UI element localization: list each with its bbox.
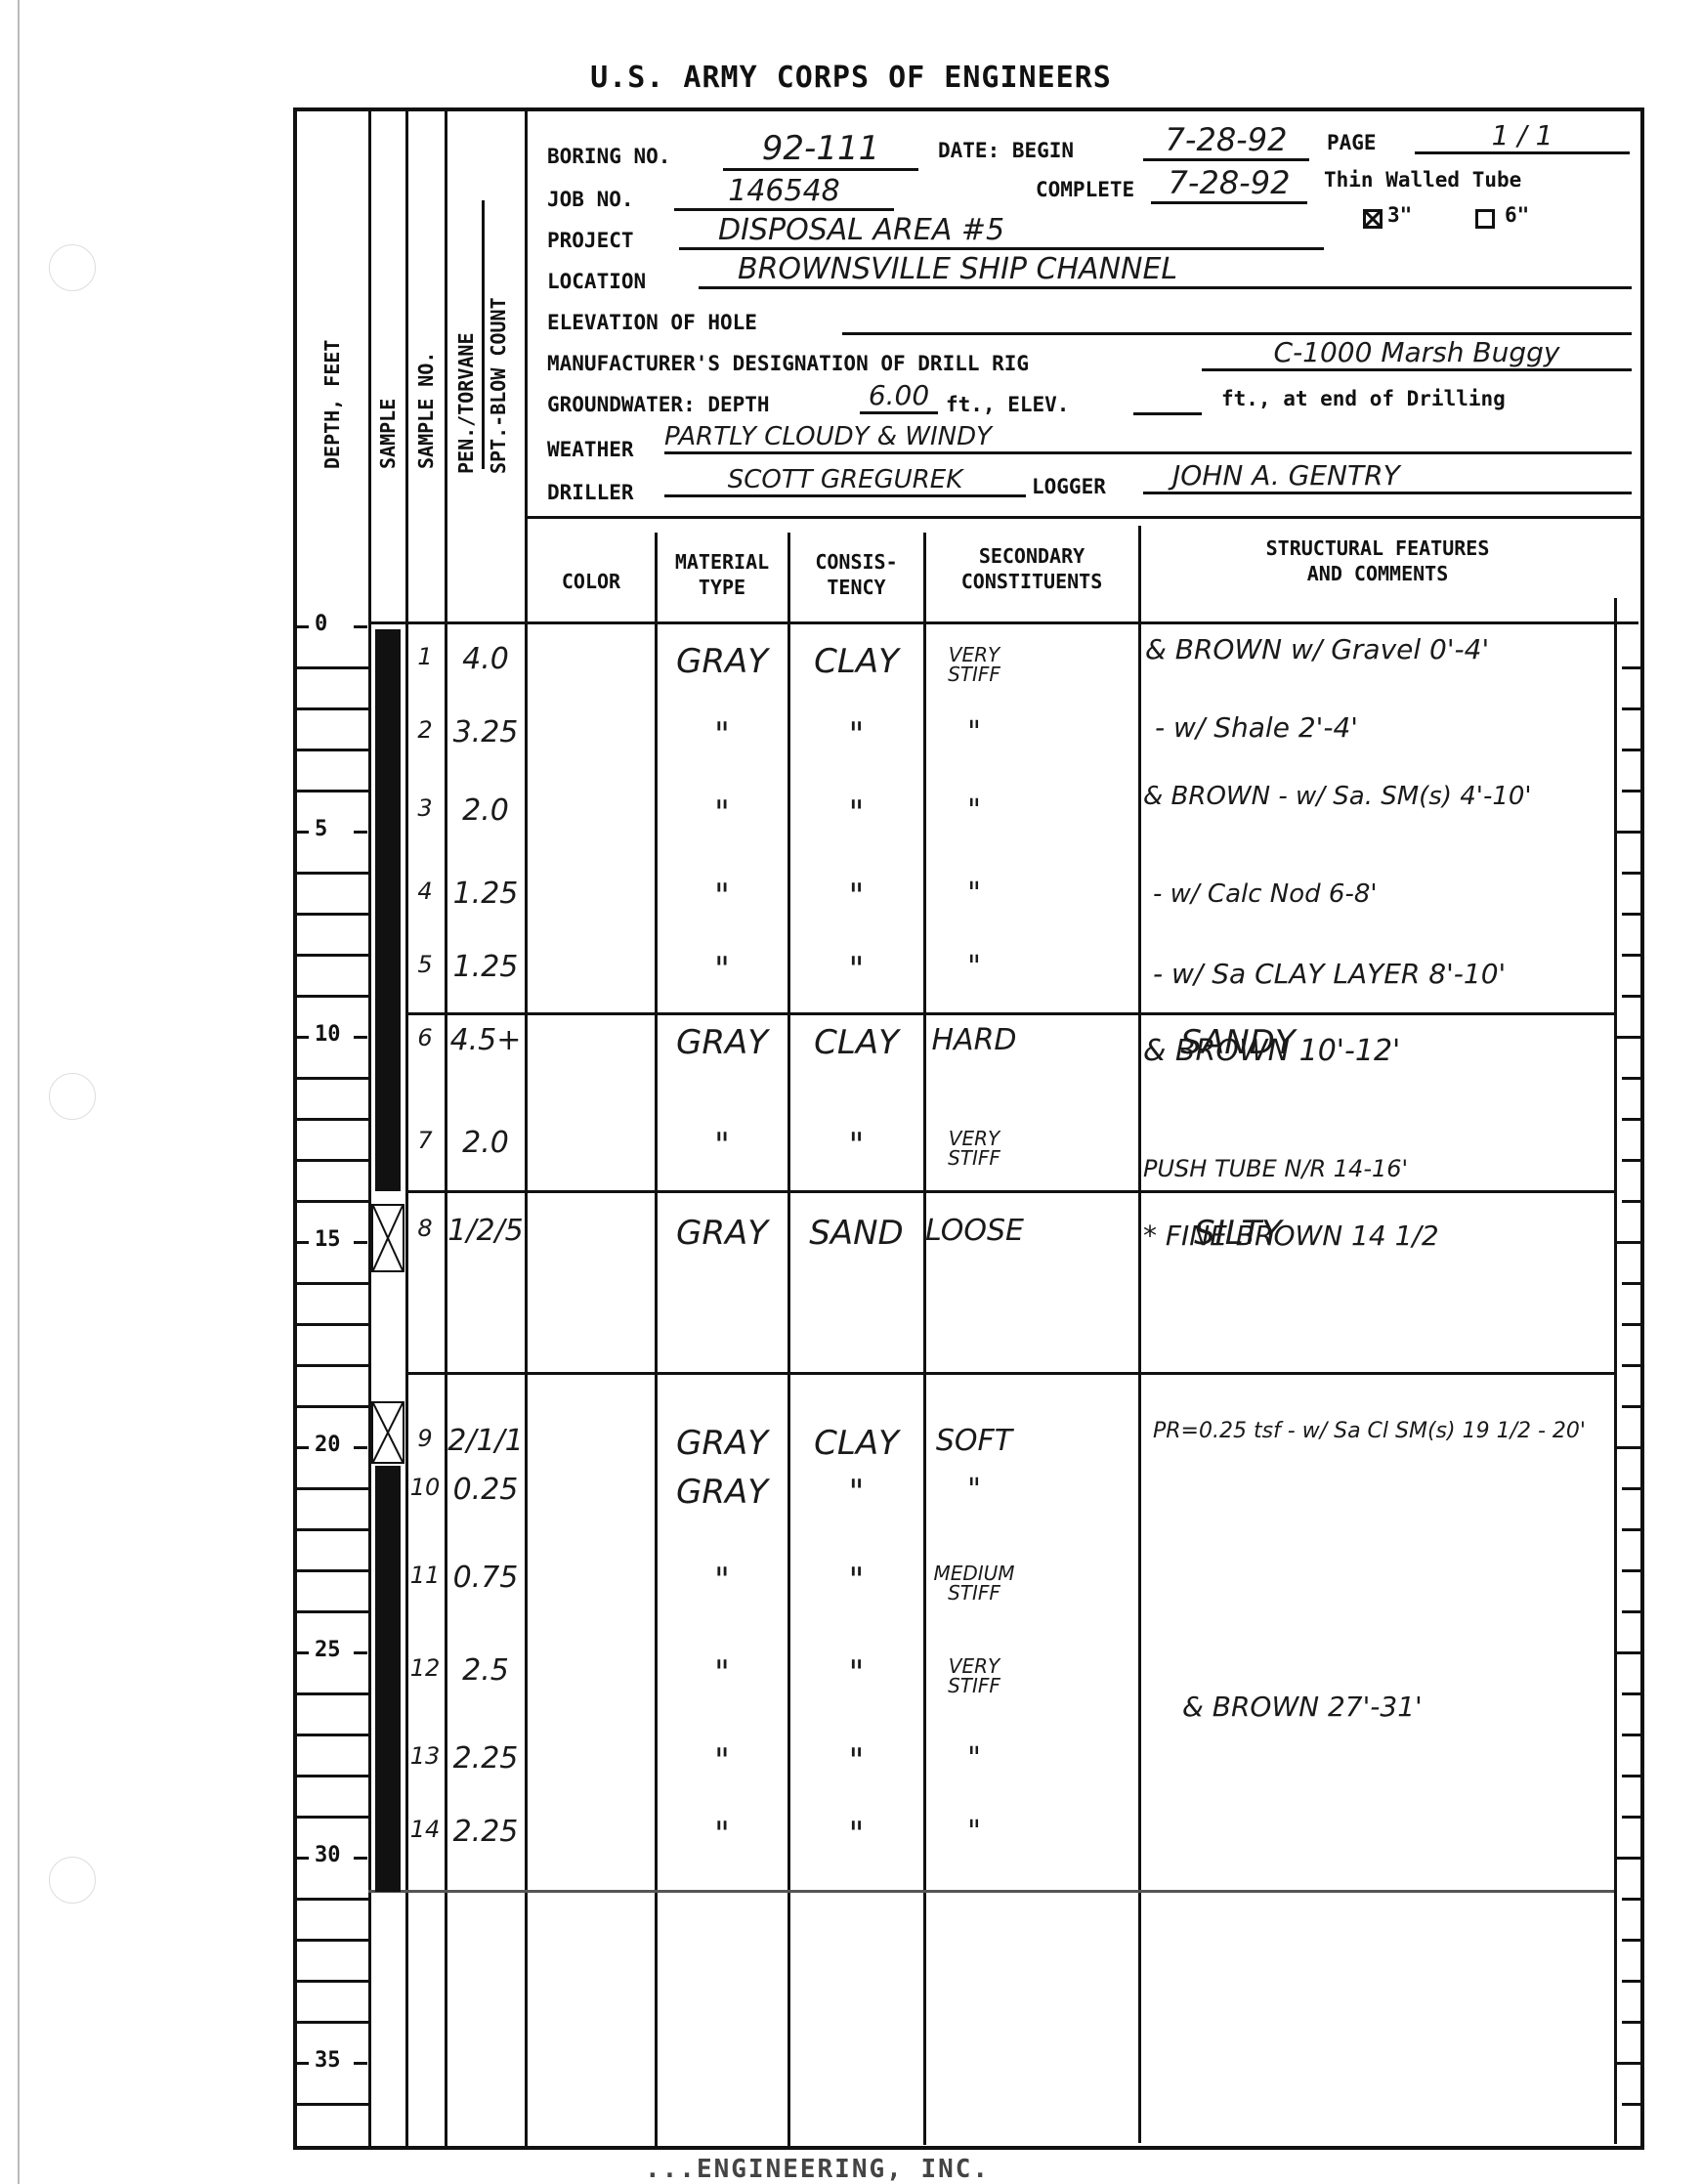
binder-hole [49,1857,96,1904]
right-depth-tick [1622,1816,1643,1819]
elevation-label: ELEVATION OF HOLE [547,311,757,334]
structural-comment: & BROWN 10'-12' [1143,1034,1400,1068]
row-divider [368,621,1638,624]
depth-tick [295,749,368,751]
depth-tick [295,1323,368,1326]
material-header-line1: MATERIAL [657,549,787,575]
pen-torvane-value: 1/2/5 [447,1217,525,1246]
sample-consistency: " [925,953,1023,982]
right-depth-tick [1622,666,1643,669]
fraction-bar [482,200,485,469]
groundwater-depth-field[interactable]: 6.00 [860,379,938,414]
location-label: LOCATION [547,270,646,293]
sample-number: 7 [406,1129,444,1152]
right-depth-tick [1622,1364,1643,1367]
sample-color: " [657,718,787,751]
structural-comment: PUSH TUBE N/R 14-16' [1143,1155,1408,1182]
right-depth-tick [1622,1282,1643,1285]
right-depth-tick [1614,1446,1643,1449]
right-depth-tick [1622,995,1643,998]
depth-tick [295,872,368,875]
sample-number: 8 [406,1217,444,1240]
scan-edge [18,0,20,2184]
depth-tick [295,1036,309,1039]
sample-color: GRAY [657,1427,787,1460]
sample-material: CLAY [789,645,923,678]
gw-ft-elev-label: ft., ELEV. [946,393,1069,416]
check-x-icon [1366,212,1380,226]
right-depth-tick [1622,1405,1643,1408]
sample-consistency: VERY STIFF [925,1129,1023,1168]
depth-tick [295,1241,309,1244]
depth-tick [295,1651,309,1654]
drill-rig-label: MANUFACTURER'S DESIGNATION OF DRILL RIG [547,352,1029,375]
right-depth-tick [1614,1036,1643,1039]
right-depth-tick [1622,1077,1643,1080]
sample-material: CLAY [789,1026,923,1059]
date-begin-field[interactable]: 7-28-92 [1143,121,1309,161]
consistency-column-header: CONSIS- TENCY [789,549,923,600]
sample-number: 4 [406,879,444,903]
row-divider [405,1012,1614,1015]
sample-consistency: HARD [925,1026,1023,1055]
secondary-column-header: SECONDARY CONSTITUENTS [925,543,1138,594]
sample-number: 13 [406,1744,444,1768]
sample-color: " [657,953,787,986]
sample-number: 10 [406,1476,444,1499]
sample-consistency: " [925,718,1023,748]
pen-torvane-value: 2.5 [447,1656,525,1686]
right-depth-tick [1622,707,1643,710]
secondary-header-line1: SECONDARY [925,543,1138,569]
depth-tick [354,1857,367,1860]
right-depth-tick [1622,1528,1643,1531]
depth-tick [295,2021,368,2024]
sample-material: CLAY [789,1427,923,1460]
structural-comment: PR=0.25 tsf - w/ Sa Cl SM(s) 19 1/2 - 20… [1153,1419,1586,1443]
structural-comment: - w/ Sa CLAY LAYER 8'-10' [1153,958,1506,990]
right-depth-tick [1622,749,1643,751]
gw-end-label: ft., at end of Drilling [1221,387,1506,410]
sample-number: 9 [406,1427,444,1450]
depth-tick [295,2062,309,2065]
sample-number: 5 [406,953,444,976]
divider [655,533,658,2148]
page-field[interactable]: 1 / 1 [1415,119,1630,154]
groundwater-label: GROUNDWATER: DEPTH [547,393,770,416]
project-label: PROJECT [547,229,634,252]
depth-tick [295,1487,368,1490]
sample-color: " [657,796,787,830]
right-depth-tick [1622,954,1643,957]
depth-tick [295,1898,368,1901]
sample-material: " [789,718,923,751]
boring-no-field[interactable]: 92-111 [723,129,918,171]
sample-no-column-label: SAMPLE NO. [414,352,438,469]
job-no-label: JOB NO. [547,188,634,211]
x-mark-icon [373,1403,403,1462]
right-depth-tick [1622,1323,1643,1326]
structural-comment: & BROWN 27'-31' [1182,1691,1423,1723]
depth-tick [295,1405,368,1408]
groundwater-elev-field[interactable] [1133,391,1202,415]
tube-3in-checkbox[interactable] [1363,209,1383,229]
consistency-header-line2: TENCY [789,575,923,600]
pen-torvane-value: 1.25 [447,879,525,909]
right-depth-tick [1622,1734,1643,1736]
sample-consistency: " [925,796,1023,826]
depth-tick [295,1857,309,1860]
depth-tick-label: 0 [315,612,327,636]
depth-tick-label: 5 [315,817,327,841]
sample-number: 3 [406,796,444,820]
depth-tick [295,831,309,834]
right-depth-tick [1622,2021,1643,2024]
depth-tick-label: 35 [315,2048,341,2073]
depth-tick [295,707,368,710]
sample-number: 2 [406,718,444,742]
right-depth-tick [1622,913,1643,916]
pen-torvane-value: 4.0 [447,645,525,674]
right-depth-tick [1614,1651,1643,1654]
pen-torvane-label: PEN./TORVANE [454,333,478,475]
sample-consistency: " [925,879,1023,909]
boring-no-label: BORING NO. [547,145,670,168]
pen-torvane-value: 2.0 [447,1129,525,1158]
depth-tick [295,995,368,998]
consistency-header-line1: CONSIS- [789,549,923,575]
sample-number: 6 [406,1026,444,1049]
job-no-field[interactable]: 146548 [674,174,894,211]
sample-color: " [657,879,787,913]
sample-column-label: SAMPLE [376,399,400,469]
sample-consistency: VERY STIFF [925,1656,1023,1695]
sample-number: 1 [406,645,444,668]
depth-tick [295,954,368,957]
sample-color: " [657,1744,787,1777]
sample-consistency: MEDIUM STIFF [925,1563,1023,1603]
spt-sample-marker [371,1401,404,1464]
depth-tick [295,1610,368,1613]
right-depth-tick [1622,1159,1643,1162]
sample-material: " [789,796,923,830]
x-mark-icon [373,1206,403,1270]
divider [525,516,1642,519]
date-complete-field[interactable]: 7-28-92 [1151,164,1307,204]
structural-comment: - w/ Shale 2'-4' [1155,711,1358,744]
driller-label: DRILLER [547,481,634,504]
right-depth-tick [1614,831,1643,834]
tube-3in-label: 3" [1387,203,1412,227]
pen-torvane-value: 3.25 [447,718,525,748]
divider [525,109,528,2148]
structural-comment: & BROWN w/ Gravel 0'-4' [1145,633,1489,665]
secondary-header-line2: CONSTITUENTS [925,569,1138,594]
right-depth-tick [1622,1939,1643,1942]
depth-tick [295,1569,368,1572]
right-depth-tick [1622,1610,1643,1613]
divider [923,533,926,2145]
structural-comment: - w/ Calc Nod 6-8' [1153,879,1378,909]
structural-column-header: STRUCTURAL FEATURES AND COMMENTS [1141,535,1614,586]
sample-core-bar [375,629,401,1191]
complete-label: COMPLETE [1036,178,1134,201]
depth-tick [295,1692,368,1695]
row-divider [405,1190,1614,1193]
tube-6in-checkbox[interactable] [1475,209,1495,229]
driller-field[interactable]: SCOTT GREGUREK [664,465,1026,497]
date-begin-label: DATE: BEGIN [938,139,1074,162]
right-depth-tick [1622,1487,1643,1490]
pen-torvane-value: 4.5+ [447,1026,525,1055]
tube-6in-label: 6" [1505,203,1529,227]
right-depth-tick [1622,790,1643,792]
depth-tick [354,2062,367,2065]
depth-tick [295,1816,368,1819]
sample-material: SAND [789,1217,923,1250]
sample-consistency: LOOSE [925,1217,1023,1246]
pen-torvane-value: 0.75 [447,1563,525,1593]
sample-consistency: " [925,1476,1023,1505]
depth-tick [295,790,368,792]
depth-tick [295,913,368,916]
structural-comment: & BROWN - w/ Sa. SM(s) 4'-10' [1143,782,1532,811]
depth-tick [295,1159,368,1162]
depth-tick [295,1980,368,1983]
depth-tick [295,1200,368,1203]
spt-blow-count-label: SPT.-BLOW COUNT [487,297,510,474]
right-depth-tick [1622,1118,1643,1121]
depth-tick [354,625,367,628]
depth-tick [295,1118,368,1121]
depth-tick [295,1282,368,1285]
depth-tick [295,1528,368,1531]
structural-comment: * FINE BROWN 14 1/2 [1143,1220,1439,1252]
sample-color: " [657,1818,787,1851]
sample-material: " [789,1744,923,1777]
sample-number: 11 [406,1563,444,1587]
binder-hole [49,244,96,291]
pen-torvane-value: 2.0 [447,796,525,826]
sample-color: GRAY [657,1217,787,1250]
color-column-header: COLOR [528,569,655,594]
depth-tick [295,625,309,628]
logger-field[interactable]: JOHN A. GENTRY [1143,459,1632,494]
depth-tick [295,1775,368,1777]
binder-hole [49,1073,96,1120]
right-depth-tick [1622,872,1643,875]
spt-sample-marker [371,1204,404,1272]
boring-end-line [368,1890,1614,1893]
project-field[interactable]: DISPOSAL AREA #5 [679,213,1324,250]
depth-tick [295,1734,368,1736]
pen-torvane-value: 0.25 [447,1476,525,1505]
sample-color: GRAY [657,1476,787,1509]
right-depth-tick [1622,1898,1643,1901]
depth-tick-label: 15 [315,1227,341,1252]
sample-color: " [657,1656,787,1690]
depth-tick [295,1364,368,1367]
weather-label: WEATHER [547,438,634,461]
structural-header-line2: AND COMMENTS [1141,561,1614,586]
depth-tick [354,1651,367,1654]
sample-material: " [789,1818,923,1851]
page-label: PAGE [1327,131,1377,154]
depth-tick-label: 25 [315,1638,341,1662]
location-field[interactable]: BROWNSVILLE SHIP CHANNEL [699,252,1632,289]
sample-consistency: VERY STIFF [925,645,1023,684]
right-depth-tick [1622,2103,1643,2106]
right-depth-tick [1622,1200,1643,1203]
depth-tick-label: 10 [315,1022,341,1047]
sample-consistency: SOFT [925,1427,1023,1456]
right-depth-tick [1614,2062,1643,2065]
depth-tick-label: 30 [315,1843,341,1867]
right-depth-tick [1614,1241,1643,1244]
weather-field[interactable]: PARTLY CLOUDY & WINDY [664,422,1632,454]
depth-tick [354,831,367,834]
depth-tick [295,666,368,669]
pen-torvane-value: 2/1/1 [447,1427,525,1456]
pen-torvane-value: 1.25 [447,953,525,982]
sample-color: " [657,1563,787,1597]
sample-consistency: " [925,1818,1023,1847]
sample-color: " [657,1129,787,1162]
depth-tick [354,1036,367,1039]
pen-torvane-value: 2.25 [447,1818,525,1847]
sample-material: " [789,1656,923,1690]
depth-tick [295,1939,368,1942]
right-depth-tick [1622,1569,1643,1572]
divider [787,533,790,2148]
tube-label: Thin Walled Tube [1324,168,1521,192]
depth-tick [354,1446,367,1449]
sample-material: " [789,1563,923,1597]
depth-tick [295,1077,368,1080]
depth-tick [295,2103,368,2106]
right-depth-tick [1622,1692,1643,1695]
material-header-line2: TYPE [657,575,787,600]
logger-label: LOGGER [1032,475,1106,498]
drill-rig-field[interactable]: C-1000 Marsh Buggy [1202,336,1632,371]
sample-material: " [789,879,923,913]
right-depth-tick [1622,1980,1643,1983]
pen-torvane-value: 2.25 [447,1744,525,1774]
divider [368,109,371,2148]
structural-header-line1: STRUCTURAL FEATURES [1141,535,1614,561]
footer-company: ...ENGINEERING, INC. [645,2155,990,2184]
sample-color: GRAY [657,645,787,678]
sample-core-bar [375,1466,401,1892]
elevation-field[interactable] [842,303,1632,335]
sample-number: 12 [406,1656,444,1680]
sample-material: " [789,953,923,986]
depth-tick-label: 20 [315,1433,341,1457]
right-depth-tick [1622,1775,1643,1777]
agency-title: U.S. ARMY CORPS OF ENGINEERS [0,61,1702,95]
sample-material: " [789,1129,923,1162]
depth-tick [295,1446,309,1449]
sample-consistency: " [925,1744,1023,1774]
sample-color: GRAY [657,1026,787,1059]
sample-material: " [789,1476,923,1509]
row-divider [405,1372,1614,1375]
sample-number: 14 [406,1818,444,1841]
material-column-header: MATERIAL TYPE [657,549,787,600]
divider [1138,526,1141,2143]
right-depth-tick [1614,1857,1643,1860]
depth-column-label: DEPTH, FEET [320,340,344,469]
depth-tick [354,1241,367,1244]
